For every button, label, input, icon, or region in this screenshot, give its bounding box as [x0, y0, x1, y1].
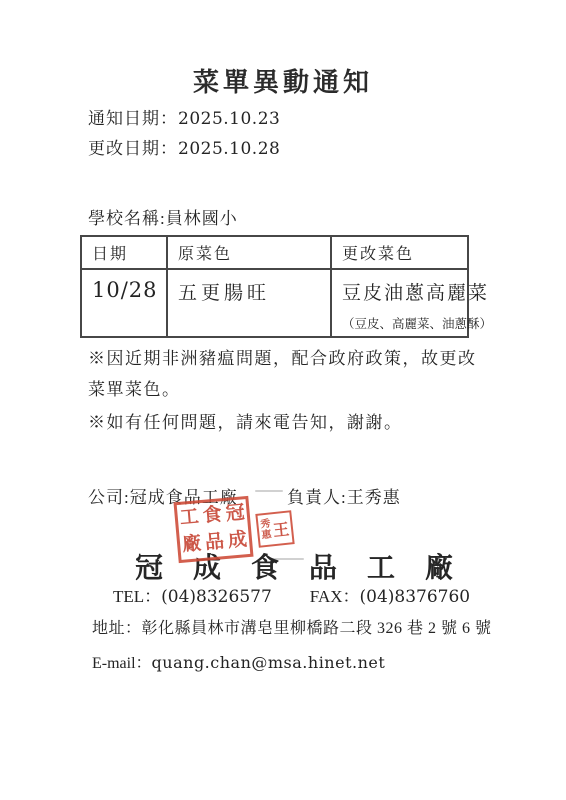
school-name-value: 員林國小	[166, 209, 238, 228]
scanned-document-page: 菜單異動通知 通知日期：2025.10.23 更改日期：2025.10.28 學…	[0, 0, 566, 800]
cell-new-dish: 豆皮油蔥高麗菜 （豆皮、高麗菜、油蔥酥）	[331, 269, 468, 337]
fax-label: FAX：	[310, 587, 360, 606]
header-original-dish: 原菜色	[167, 236, 331, 269]
cell-original-dish: 五更腸旺	[167, 269, 331, 337]
note-reason: ※因近期非洲豬瘟問題，配合政府政策，故更改菜單菜色。	[88, 343, 484, 405]
fax-number: (04)8376760	[360, 587, 471, 607]
table-row: 10/28 五更腸旺 豆皮油蔥高麗菜 （豆皮、高麗菜、油蔥酥）	[81, 269, 468, 337]
owner-signature-line: 負責人:王秀惠	[287, 483, 401, 508]
address-line: 地址：彰化縣員林市溝皂里柳橋路二段 326 巷 2 號 6 號	[92, 615, 492, 638]
table-header-row: 日期 原菜色 更改菜色	[81, 236, 468, 269]
notice-date-value: 2025.10.23	[178, 109, 280, 129]
owner-seal-left-column: 秀 惠	[260, 518, 272, 541]
address-label: 地址：	[92, 620, 142, 637]
tel-label: TEL：	[113, 587, 161, 606]
note-contact: ※如有任何問題，請來電告知，謝謝。	[88, 407, 484, 438]
change-date-label: 更改日期：	[88, 139, 178, 158]
owner-label: 負責人:	[287, 488, 347, 507]
scan-artifact-line	[255, 490, 283, 492]
email-line: E-mail：quang.chan@msa.hinet.net	[92, 650, 385, 673]
address-value: 彰化縣員林市溝皂里柳橋路二段 326 巷 2 號 6 號	[142, 620, 492, 637]
email-label: E-mail：	[92, 655, 152, 672]
header-new-dish: 更改菜色	[331, 236, 468, 269]
cell-date: 10/28	[81, 269, 167, 337]
notice-date-label: 通知日期：	[88, 109, 178, 128]
email-value: quang.chan@msa.hinet.net	[152, 653, 386, 672]
owner-name: 王秀惠	[347, 488, 401, 507]
company-seal-row-top: 工食冠	[175, 501, 250, 531]
tel-number: (04)8326577	[161, 587, 272, 607]
menu-change-table: 日期 原菜色 更改菜色 10/28 五更腸旺 豆皮油蔥高麗菜 （豆皮、高麗菜、油…	[80, 235, 469, 338]
company-label: 公司:	[88, 488, 130, 507]
change-date-line: 更改日期：2025.10.28	[88, 134, 280, 159]
owner-seal-char-bottom: 惠	[261, 529, 272, 541]
new-dish-name: 豆皮油蔥高麗菜	[342, 278, 459, 305]
header-date: 日期	[81, 236, 167, 269]
notice-date-line: 通知日期：2025.10.23	[88, 104, 280, 129]
owner-seal-right-column: 王	[272, 516, 290, 541]
page-title: 菜單異動通知	[0, 62, 566, 99]
change-date-value: 2025.10.28	[178, 139, 280, 159]
school-name-line: 學校名稱:員林國小	[88, 204, 238, 229]
new-dish-ingredients: （豆皮、高麗菜、油蔥酥）	[342, 314, 459, 332]
school-label: 學校名稱:	[88, 209, 166, 228]
company-seal-stamp: 工食冠 廠品成	[173, 496, 253, 563]
company-seal-row-bottom: 廠品成	[177, 528, 252, 558]
owner-seal-stamp: 秀 惠 王	[255, 510, 294, 548]
